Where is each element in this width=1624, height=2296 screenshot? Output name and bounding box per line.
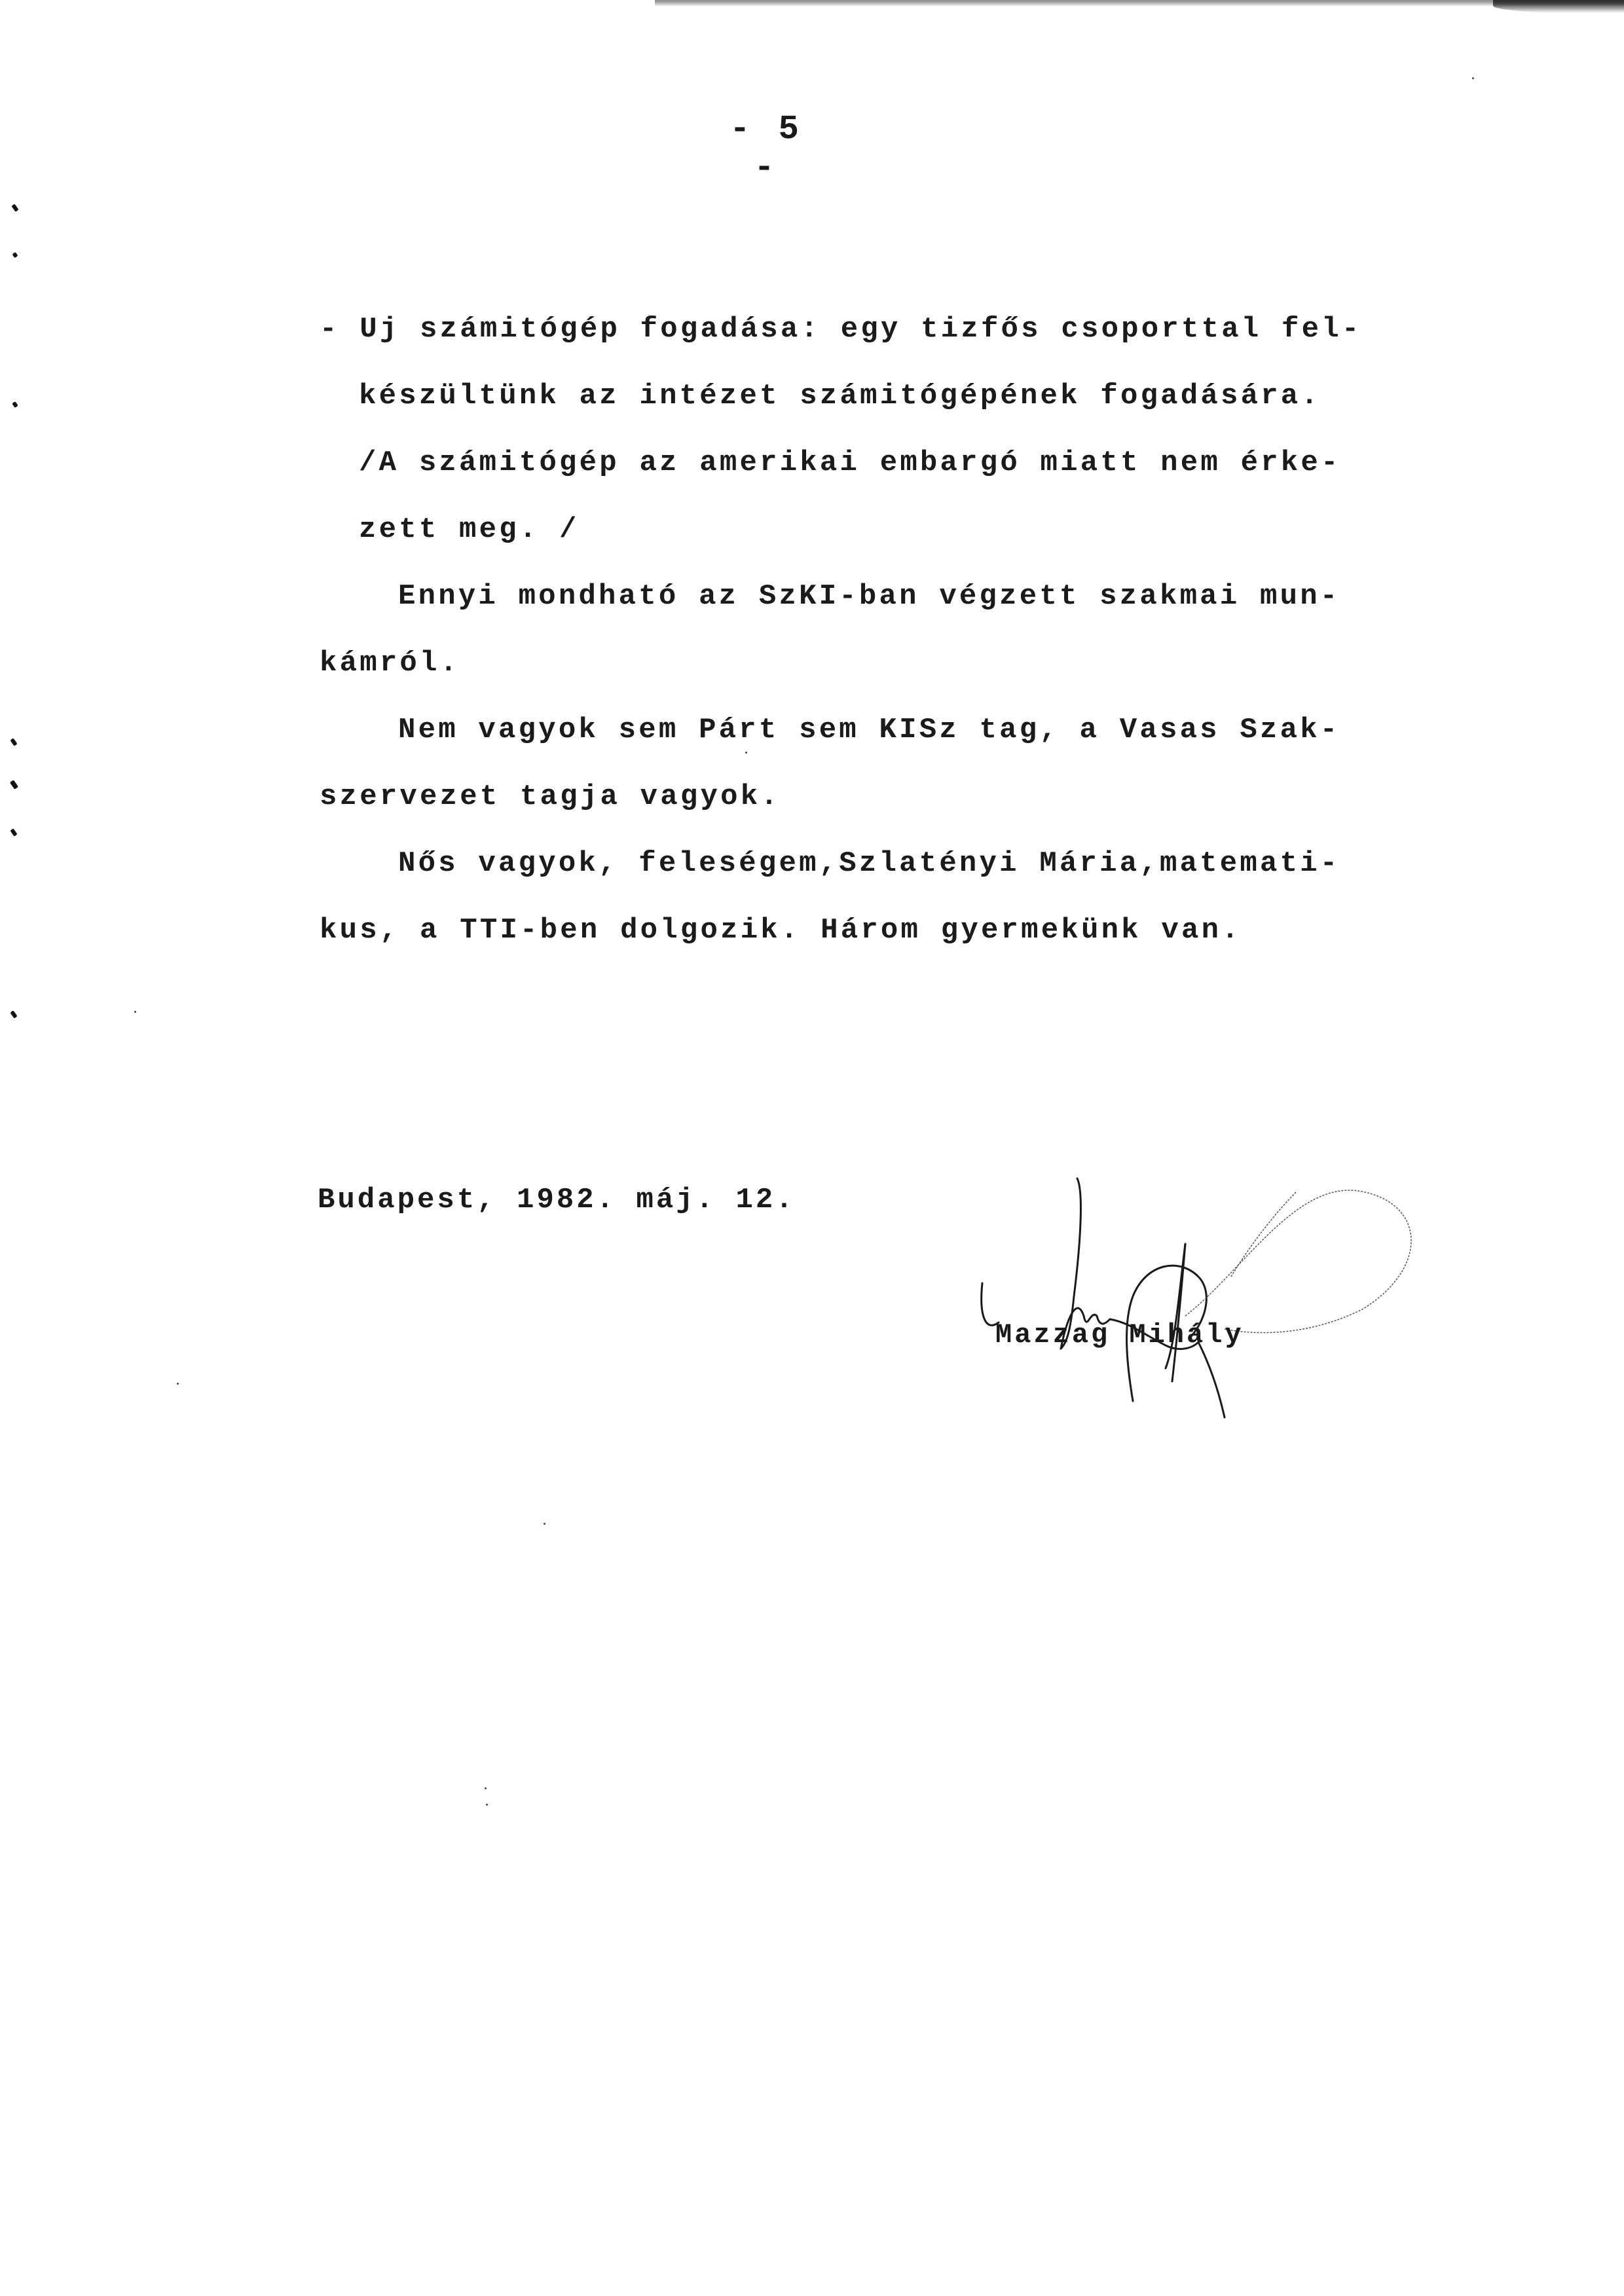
margin-mark — [11, 204, 18, 211]
date-line: Budapest, 1982. máj. 12. — [318, 1184, 796, 1216]
margin-mark — [10, 780, 18, 790]
scan-speck — [1472, 77, 1474, 79]
scan-speck — [745, 752, 747, 754]
body-line: zett meg. / — [359, 513, 580, 546]
document-page: - 5 - - Uj számitógép fogadása: egy tizf… — [0, 0, 1624, 2296]
body-line: kus, a TTI-ben dolgozik. Három gyermekün… — [320, 914, 1242, 947]
signature-icon — [969, 1165, 1467, 1414]
body-line: kámról. — [320, 647, 460, 680]
body-line: /A számitógép az amerikai embargó miatt … — [359, 446, 1341, 479]
body-line: Nem vagyok sem Párt sem KISz tag, a Vasa… — [398, 714, 1340, 746]
scan-speck — [486, 1804, 488, 1806]
signatory-name: Mazzag Mihály — [995, 1319, 1244, 1351]
body-line: - Uj számitógép fogadása: egy tizfős cso… — [320, 313, 1361, 346]
scan-speck — [485, 1787, 487, 1789]
scan-corner-artifact — [1493, 0, 1624, 14]
scan-speck — [544, 1523, 545, 1525]
body-line: készültünk az intézet számitógépének fog… — [359, 380, 1321, 412]
scan-speck — [177, 1383, 179, 1385]
scan-speck — [134, 1011, 136, 1013]
body-line: Nős vagyok, feleségem,Szlatényi Mária,ma… — [398, 847, 1340, 880]
margin-mark — [10, 828, 17, 836]
margin-mark — [12, 401, 18, 408]
page-number: - 5 - — [707, 110, 825, 187]
body-line: Ennyi mondható az SzKI-ban végzett szakm… — [398, 580, 1340, 613]
margin-mark — [10, 738, 17, 746]
margin-mark — [12, 252, 18, 258]
scan-edge-artifact — [655, 0, 1624, 9]
body-line: szervezet tagja vagyok. — [320, 780, 781, 813]
margin-mark — [10, 1010, 17, 1018]
